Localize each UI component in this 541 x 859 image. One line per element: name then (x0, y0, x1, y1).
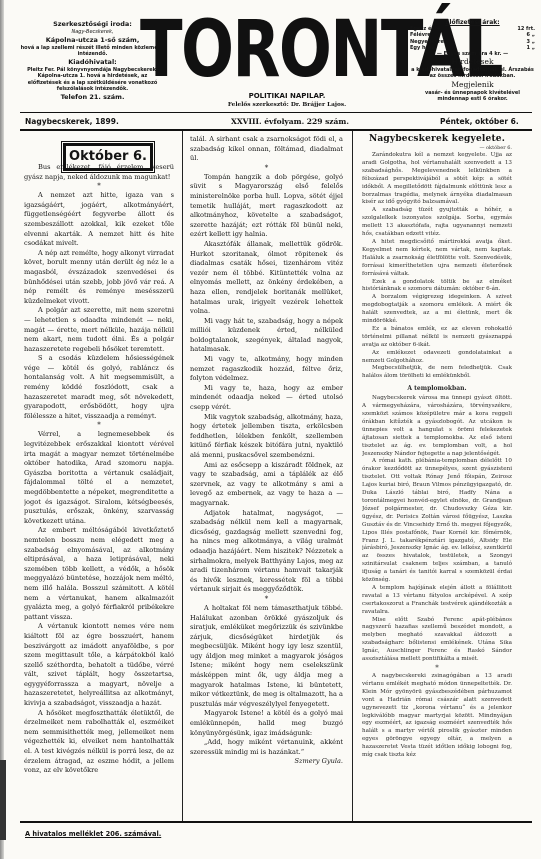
paragraph: Az emlékezet odavezeti gondolatainkat a … (362, 350, 512, 366)
paragraph: Ami az esőcsepp a kiszáradt földnek, az … (190, 461, 343, 509)
issue-day: Péntek, október 6. (440, 117, 519, 126)
paragraph: A polgár azt szerette, mit nem szeretni … (24, 306, 174, 354)
paragraph: A templom hajójának elején állott a fölá… (362, 585, 512, 617)
appears-text: vasár- és ünnepnapok kivételével mindenn… (410, 90, 535, 102)
paragraph: Adjatok hatalmat, nagyságot, — szabadság… (190, 509, 343, 595)
paragraph: A borzalom végigrezeg idegeinken. A sziv… (362, 294, 512, 326)
paragraph: Mi vagy te, alkotmány, hogy minden nemze… (190, 355, 343, 384)
author-signature: Szmery Gyula. (190, 757, 343, 767)
editor-line: Felelős szerkesztő: Dr. Brájjer Lajos. (172, 102, 402, 108)
paragraph: Megbecsülhetjük, de nem feledhetjük. Csa… (362, 365, 512, 381)
paragraph: S a csodás küzdelem hősiességének vége —… (24, 354, 174, 421)
masthead-title: TORONTÁL (140, 14, 352, 86)
separator-star: * (24, 182, 174, 191)
newspaper-page: Szerkesztőségi iroda: Nagy-Becskerek, Ká… (0, 0, 541, 859)
column-1-article: Bus emlékezet, fájó érzelem, keserü gyás… (24, 163, 174, 776)
rule-bottom (20, 821, 532, 823)
place-year: Nagybecskerek, 1899. (25, 117, 119, 126)
paragraph: Tompán hangzik a dob pörgése, golyó süvi… (190, 173, 343, 240)
volume-number: XXVIII. évfolyam. 229 szám. (200, 117, 380, 126)
masthead-subtitle: POLITIKAI NAPILAP. (172, 92, 402, 100)
column-2-article: talál. A sirhant csak a zsarnokságot föd… (190, 135, 343, 767)
rule-datebar-bottom (20, 129, 532, 131)
paragraph: A nagybecskereki zsinagógában a 13 aradi… (362, 673, 512, 760)
paragraph: Mi vagy hát te, szabadság, hogy a népek … (190, 317, 343, 355)
column-divider (182, 131, 183, 821)
subscription-box: Előfizetési árak: Egész évre12 frt. Félé… (410, 20, 535, 102)
article-dateline: — október 6. (362, 145, 512, 152)
paragraph: Ez a bánatos emlék, ez az eleven rohokat… (362, 326, 512, 350)
paragraph: A holtakat föl nem támaszthatjuk többé. … (190, 604, 343, 710)
price-label: Egy hóra (410, 45, 435, 51)
paragraph: Nagybecskerek városa ma ünnepi gyászt öl… (362, 395, 512, 458)
paragraph: Ezek a gondolatok töltik be az elméket h… (362, 279, 512, 295)
paragraph: A nép azt remélte, hogy alkonyt virradat… (24, 249, 174, 307)
price-value: 1 „ (526, 45, 535, 51)
paragraph: Mi vagy te, haza, hogy az ember mindenét… (190, 384, 343, 413)
rule-top (20, 112, 532, 113)
paragraph: Zarándokutra kél a nemzet kegyelete. Ujj… (362, 152, 512, 207)
page-edge-dark (0, 760, 6, 840)
ads-title: Hirdetések (410, 57, 535, 67)
separator-star: * (190, 595, 343, 604)
paragraph: talál. A sirhant csak a zsarnokságot föd… (190, 135, 343, 164)
ads-text: a kiadóhivatalban fogadtatnak el. Árszab… (410, 67, 535, 79)
article-title: Nagybecskerek kegyelete. (362, 133, 512, 145)
paragraph: „Add, hogy miként vértanuink, akként sze… (190, 738, 343, 757)
appears-title: Megjelenik (410, 80, 535, 90)
paragraph: A római kath. plébánia-templomban délelő… (362, 458, 512, 585)
paragraph: A hősöket megfoszthatták életüktől, de é… (24, 709, 174, 776)
paragraph: Az embert méltóságából kivetkőztető nemt… (24, 526, 174, 622)
paragraph: Mik vagytok szabadság, alkotmány, haza, … (190, 413, 343, 461)
paragraph: Magyarok Istene! a kötél és a golyó mai … (190, 709, 343, 738)
separator-star: * (24, 421, 174, 430)
paragraph: Bus emlékezet, fájó érzelem, keserü gyás… (24, 163, 174, 182)
section-subhead: A templomokban. (362, 385, 512, 393)
footer-note: A hivatalos melléklet 206. számával. (25, 830, 161, 838)
column-3-article: Nagybecskerek kegyelete. — október 6. Za… (362, 133, 512, 760)
separator-star: * (190, 164, 343, 173)
paragraph: A vértanuk kiontott nemes vére nem kiált… (24, 622, 174, 708)
paragraph: A hitet megdicsőitő mártirokká avatja ők… (362, 239, 512, 279)
separator-star: * (362, 664, 512, 673)
paragraph: A nemzet azt hitte, igaza van s igazságá… (24, 191, 174, 249)
paragraph: Akasztófák állanak, mellettük gödrök. Hu… (190, 240, 343, 317)
paragraph: A szabadság tüzét gyujtották a hóhér, a … (362, 207, 512, 239)
paragraph: Mise előtt Szabó Ferenc apát-plébános na… (362, 617, 512, 664)
paragraph: Vérrel, a legnemesebbek és legvitézebbek… (24, 430, 174, 526)
page-edge-shadow (0, 0, 4, 859)
column-divider (352, 131, 353, 821)
